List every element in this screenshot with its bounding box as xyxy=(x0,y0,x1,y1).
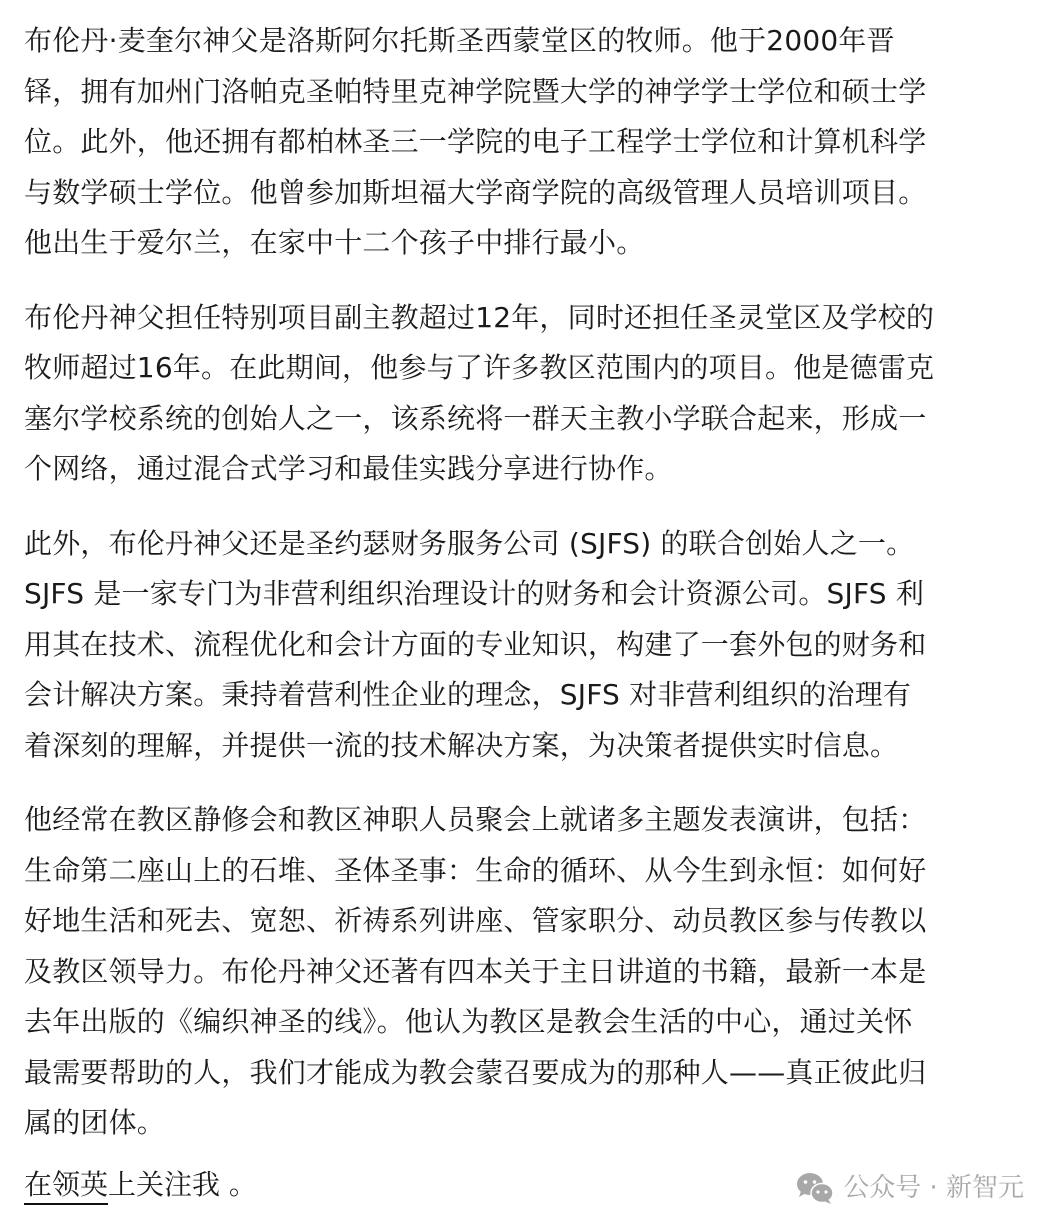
text-line: 他出生于爱尔兰，在家中十二个孩子中排行最小。 xyxy=(24,218,1034,269)
text-line: SJFS 是一家专门为非营利组织治理设计的财务和会计资源公司。SJFS 利 xyxy=(24,569,1034,620)
text-line: 个网络，通过混合式学习和最佳实践分享进行协作。 xyxy=(24,444,1034,495)
watermark-text: 公众号 · 新智元 xyxy=(843,1170,1024,1206)
paragraph-speaking: 他经常在教区静修会和教区神职人员聚会上就诸多主题发表演讲，包括： 生命第二座山上… xyxy=(24,795,1034,1149)
text-line: 布伦丹·麦奎尔神父是洛斯阿尔托斯圣西蒙堂区的牧师。他于2000年晋 xyxy=(24,16,1034,67)
article-body: 布伦丹·麦奎尔神父是洛斯阿尔托斯圣西蒙堂区的牧师。他于2000年晋 铎，拥有加州… xyxy=(24,16,1034,1173)
paragraph-career: 布伦丹神父担任特别项目副主教超过12年，同时还担任圣灵堂区及学校的 牧师超过16… xyxy=(24,293,1034,495)
wechat-icon xyxy=(795,1171,835,1205)
text-line: 与数学硕士学位。他曾参加斯坦福大学商学院的高级管理人员培训项目。 xyxy=(24,168,1034,219)
text-line: 牧师超过16年。在此期间，他参与了许多教区范围内的项目。他是德雷克 xyxy=(24,343,1034,394)
text-line: 去年出版的《编织神圣的线》。他认为教区是教会生活的中心，通过关怀 xyxy=(24,997,1034,1048)
text-line: 塞尔学校系统的创始人之一，该系统将一群天主教小学联合起来，形成一 xyxy=(24,394,1034,445)
text-line: 着深刻的理解，并提供一流的技术解决方案，为决策者提供实时信息。 xyxy=(24,721,1034,772)
text-line: 铎，拥有加州门洛帕克圣帕特里克神学院暨大学的神学学士学位和硕士学 xyxy=(24,67,1034,118)
text-line: 属的团体。 xyxy=(24,1098,1034,1149)
text-line: 他经常在教区静修会和教区神职人员聚会上就诸多主题发表演讲，包括： xyxy=(24,795,1034,846)
wechat-watermark: 公众号 · 新智元 xyxy=(795,1170,1024,1206)
text-line: 好地生活和死去、宽恕、祈祷系列讲座、管家职分、动员教区参与传教以 xyxy=(24,896,1034,947)
paragraph-bio: 布伦丹·麦奎尔神父是洛斯阿尔托斯圣西蒙堂区的牧师。他于2000年晋 铎，拥有加州… xyxy=(24,16,1034,269)
text-line: 位。此外，他还拥有都柏林圣三一学院的电子工程学士学位和计算机科学 xyxy=(24,117,1034,168)
follow-line: 在领英上关注我 。 xyxy=(24,1160,257,1210)
text-line: 布伦丹神父担任特别项目副主教超过12年，同时还担任圣灵堂区及学校的 xyxy=(24,293,1034,344)
text-line: 此外，布伦丹神父还是圣约瑟财务服务公司 (SJFS) 的联合创始人之一。 xyxy=(24,519,1034,570)
text-line: 用其在技术、流程优化和会计方面的专业知识，构建了一套外包的财务和 xyxy=(24,620,1034,671)
text-line: 及教区领导力。布伦丹神父还著有四本关于主日讲道的书籍，最新一本是 xyxy=(24,947,1034,998)
text-line: 最需要帮助的人，我们才能成为教会蒙召要成为的那种人——真正彼此归 xyxy=(24,1048,1034,1099)
follow-text: 上关注我 。 xyxy=(108,1168,257,1201)
linkedin-link[interactable]: 在领英 xyxy=(24,1168,108,1205)
paragraph-sjfs: 此外，布伦丹神父还是圣约瑟财务服务公司 (SJFS) 的联合创始人之一。 SJF… xyxy=(24,519,1034,772)
text-line: 生命第二座山上的石堆、圣体圣事：生命的循环、从今生到永恒：如何好 xyxy=(24,846,1034,897)
text-line: 会计解决方案。秉持着营利性企业的理念，SJFS 对非营利组织的治理有 xyxy=(24,670,1034,721)
